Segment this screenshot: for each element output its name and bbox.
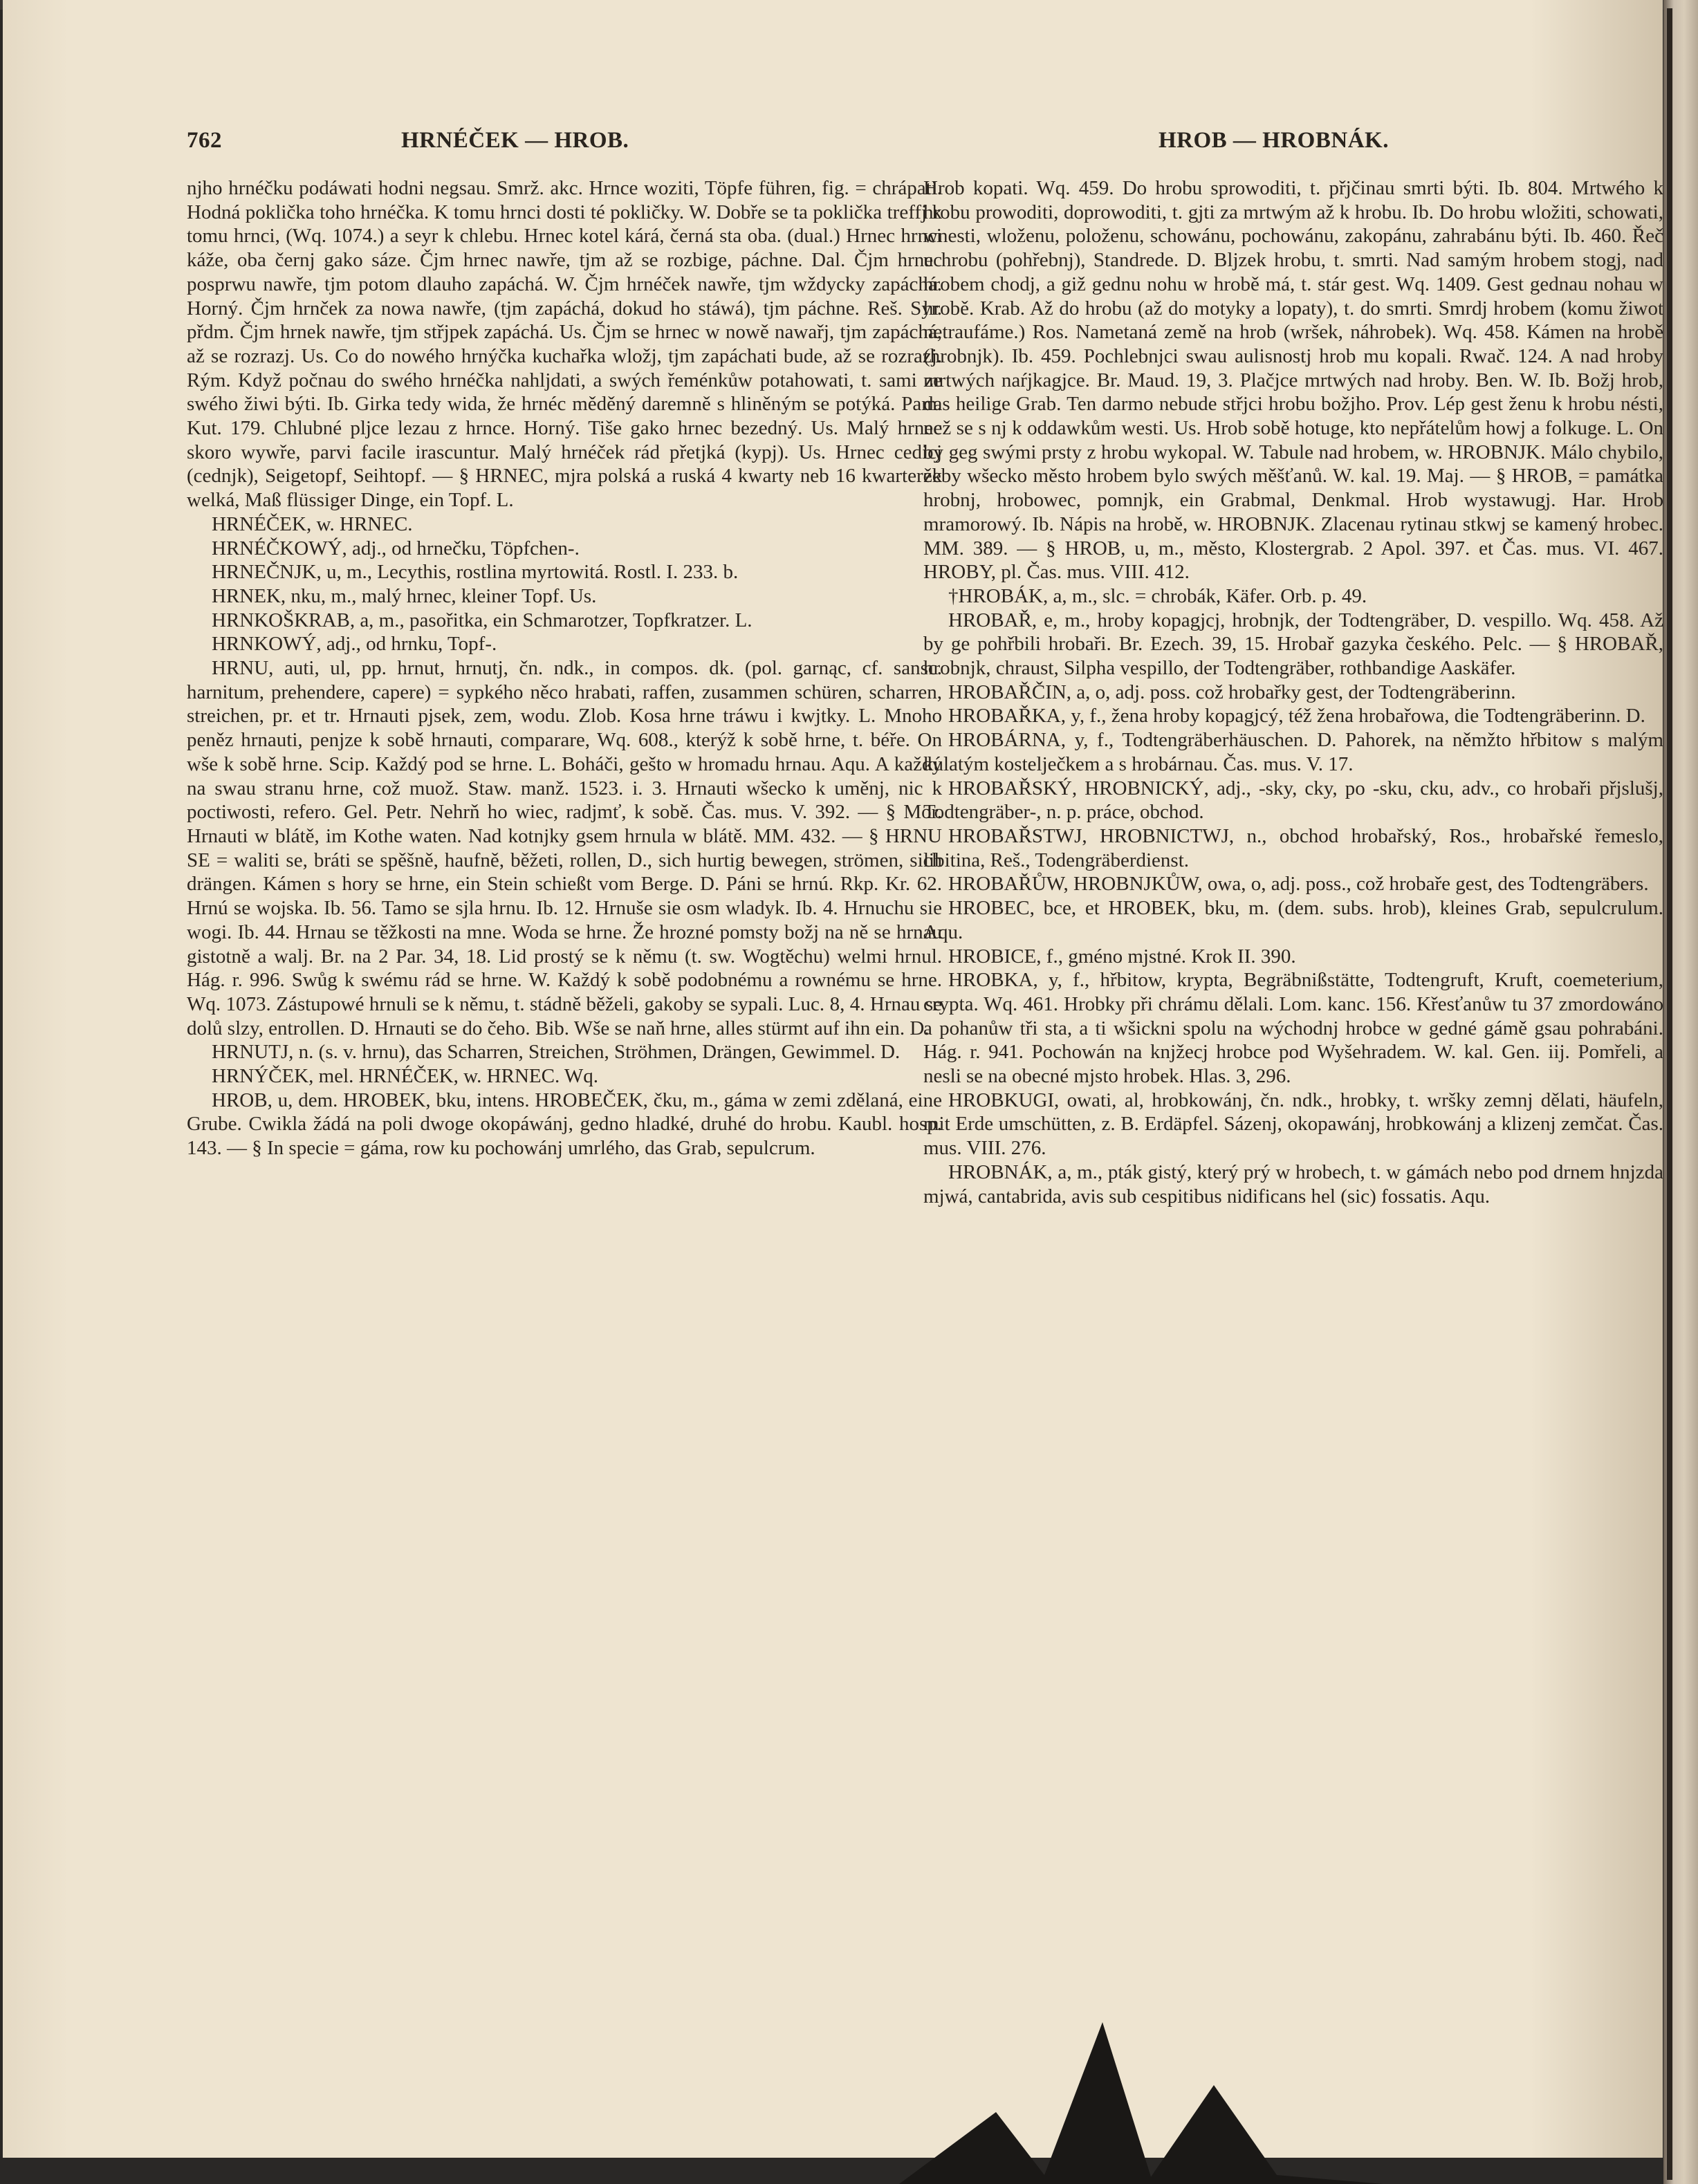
entry-hrob: HROB, u, dem. HROBEK, bku, intens. HROBE… (187, 1089, 942, 1160)
entry-hrobnak: HROBNÁK, a, m., pták gistý, který prý w … (923, 1160, 1663, 1208)
entry-hrobarka: HROBAŘKA, y, f., žena hroby kopagjcý, té… (923, 704, 1663, 728)
entry-hrobkugi: HROBKUGI, owati, al, hrobkowánj, čn. ndk… (923, 1089, 1663, 1160)
entry-hrnycek: HRNÝČEK, mel. HRNÉČEK, w. HRNEC. Wq. (187, 1064, 942, 1089)
right-column: Hrob kopati. Wq. 459. Do hrobu sprowodit… (923, 176, 1663, 1208)
entry-hrobarna: HROBÁRNA, y, f., Todtengräberhäuschen. D… (923, 728, 1663, 776)
entry-hrneckowy: HRNÉČKOWÝ, adj., od hrnečku, Töpfchen-. (187, 537, 942, 561)
left-column: njho hrnéčku podáwati hodni negsau. Smrž… (187, 176, 942, 1160)
entry-hrobak: †HROBÁK, a, m., slc. = chrobák, Käfer. O… (923, 584, 1663, 609)
entry-hrobaruw: HROBAŘŮW, HROBNJKŮW, owa, o, adj. poss.,… (923, 872, 1663, 896)
entry-hrobar: HROBAŘ, e, m., hroby kopagjcj, hrobnjk, … (923, 609, 1663, 681)
entry-hrnkoskrab: HRNKOŠKRAB, a, m., pasořitka, ein Schmar… (187, 609, 942, 633)
entry-hrnkowy: HRNKOWÝ, adj., od hrnku, Topf-. (187, 632, 942, 656)
entry-continuation: njho hrnéčku podáwati hodni negsau. Smrž… (187, 176, 942, 512)
entry-hrob-continuation: Hrob kopati. Wq. 459. Do hrobu sprowodit… (923, 176, 1663, 584)
entry-hrobec: HROBEC, bce, et HROBEK, bku, m. (dem. su… (923, 896, 1663, 944)
entry-hrnek: HRNEK, nku, m., malý hrnec, kleiner Topf… (187, 584, 942, 609)
page-number: 762 (187, 128, 222, 154)
entry-hrobarsky: HROBAŘSKÝ, HROBNICKÝ, adj., -sky, cky, p… (923, 777, 1663, 824)
entry-hrobice: HROBICE, f., gméno mjstné. Krok II. 390. (923, 945, 1663, 969)
entry-hrobka: HROBKA, y, f., hřbitow, krypta, Begräbni… (923, 968, 1663, 1089)
entry-hrnutj: HRNUTJ, n. (s. v. hrnu), das Scharren, S… (187, 1040, 942, 1064)
running-head-left: HRNÉČEK — HROB. (401, 128, 629, 154)
entry-hrobarcin: HROBAŘČIN, a, o, adj. poss. což hrobařky… (923, 681, 1663, 705)
page-gutter-edge (1667, 8, 1672, 2180)
entry-hrobarstwj: HROBAŘSTWJ, HROBNICTWJ, n., obchod hroba… (923, 824, 1663, 872)
running-head-right: HROB — HROBNÁK. (1159, 128, 1389, 154)
entry-hrnecek: HRNÉČEK, w. HRNEC. (187, 512, 942, 537)
entry-hrnecnjk: HRNEČNJK, u, m., Lecythis, rostlina myrt… (187, 560, 942, 584)
entry-hrnu: HRNU, auti, ul, pp. hrnut, hrnutj, čn. n… (187, 656, 942, 1040)
